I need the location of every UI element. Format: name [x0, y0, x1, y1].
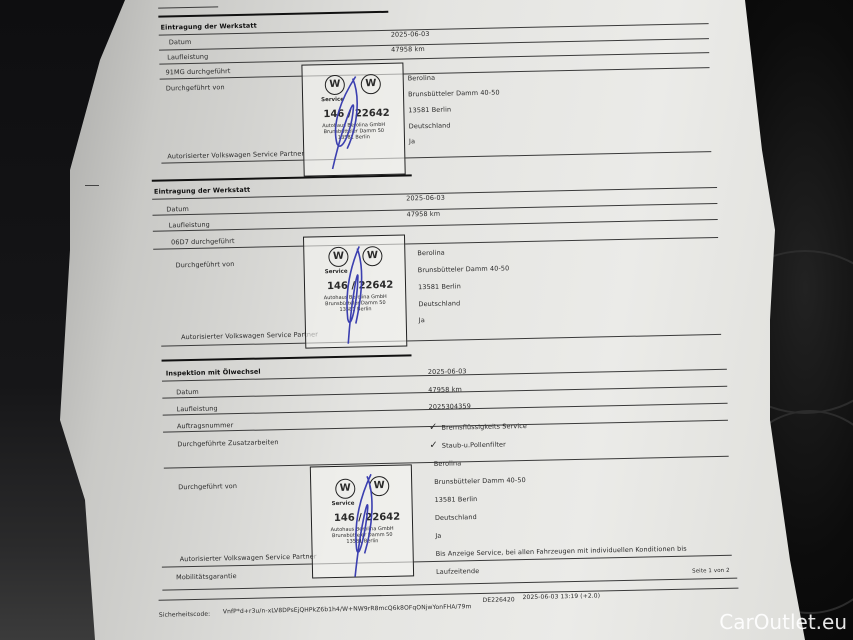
signature [310, 68, 382, 179]
rule [158, 6, 218, 8]
authorized-label: Autorisierter Volkswagen Service Partner [180, 552, 317, 563]
mobility-label: Mobilitätsgarantie [176, 572, 237, 581]
row-value: 2025-06-03 [406, 194, 445, 203]
page-number: Seite 1 von 2 [692, 568, 730, 575]
print-timestamp: 2025-06-03 13:19 (+2.0) [523, 592, 601, 601]
authorized-value: Ja [409, 137, 415, 145]
address-line: Deutschland [435, 513, 477, 522]
address-line: Deutschland [418, 299, 460, 308]
section-title: Eintragung der Werkstatt [154, 186, 250, 196]
row-value: 2025-06-03 [391, 30, 430, 39]
rule [153, 219, 718, 232]
row-label: Laufleistung [169, 221, 210, 230]
authorized-label: Autorisierter Volkswagen Service Partner [181, 330, 318, 341]
row-label: Auftragsnummer [177, 421, 234, 430]
address-line: Brunsbütteler Damm 40-50 [418, 264, 510, 274]
row-value: 2025-06-03 [428, 367, 467, 376]
watermark-logo: CarOutlet.eu [719, 610, 847, 634]
extra-work-item: ✓Staub-u.Pollenfilter [429, 438, 506, 451]
row-label: Laufleistung [167, 53, 208, 62]
rule [159, 38, 709, 51]
row-label: 06D7 durchgeführt [171, 237, 235, 246]
rule [159, 52, 709, 65]
extra-work-item: ✓Bremsflüssigkeits Service [429, 420, 527, 433]
performed-by-label: Durchgeführt von [175, 260, 234, 269]
dealer-stamp: W W Service 146 / 22642 Autohaus Berolin… [301, 62, 405, 176]
row-label: Datum [166, 205, 189, 213]
authorized-value: Ja [435, 532, 441, 540]
security-code: VnfP*d+r3u/n-xLV8DPsEjQHPkZ6b1h4/W+NW9rR… [223, 603, 472, 615]
dealer-stamp: W W Service 146 / 22642 Autohaus Berolin… [310, 464, 414, 578]
section-title: Eintragung der Werkstatt [160, 22, 256, 32]
address-line: 13581 Berlin [418, 282, 461, 291]
row-value: 47958 km [406, 210, 440, 219]
section-rule [162, 354, 412, 361]
row-label: Datum [169, 38, 192, 46]
row-label: Laufleistung [176, 404, 217, 413]
dealer-stamp: W W Service 146 / 22642 Autohaus Berolin… [303, 235, 407, 349]
row-label: 91MG durchgeführt [165, 67, 230, 76]
checkmark-icon: ✓ [429, 422, 438, 433]
dealer-id: DE226420 [483, 596, 515, 604]
performed-by-label: Durchgeführt von [166, 83, 225, 92]
address-line: Berolina [417, 249, 445, 258]
row-label: Datum [176, 388, 199, 396]
mobility-value: Laufzeitende [436, 567, 479, 576]
section-rule [158, 11, 388, 18]
address-line: Deutschland [409, 122, 451, 131]
signature [331, 468, 393, 579]
address-line: Berolina [434, 459, 462, 468]
address-line: Berolina [408, 74, 436, 83]
service-record-document: Datum Eintragung der Werkstatt Datum 202… [140, 0, 743, 640]
performed-by-label: Durchgeführt von [178, 482, 237, 491]
address-line: Brunsbütteler Damm 40-50 [408, 88, 500, 98]
authorized-value: Ja [419, 316, 425, 324]
row-value: 2025304359 [429, 402, 472, 411]
margin-mark [85, 185, 99, 186]
extra-work-text: Staub-u.Pollenfilter [442, 440, 506, 449]
section-title: Inspektion mit Ölwechsel [166, 368, 261, 378]
row-value: 47958 km [428, 385, 462, 394]
address-line: 13581 Berlin [408, 106, 451, 115]
row-value: 47958 km [391, 45, 425, 54]
partial-label: Datum [172, 0, 195, 1]
signature [324, 238, 386, 349]
rule [159, 588, 739, 601]
address-line: Brunsbütteler Damm 40-50 [434, 476, 526, 486]
checkmark-icon: ✓ [429, 440, 438, 451]
security-code-label: Sicherheitscode: [159, 611, 211, 619]
extra-work-text: Bremsflüssigkeits Service [441, 422, 527, 432]
authorized-label: Autorisierter Volkswagen Service Partner [167, 150, 304, 161]
extra-work-label: Durchgeführte Zusatzarbeiten [177, 438, 278, 448]
address-line: 13581 Berlin [434, 495, 477, 504]
